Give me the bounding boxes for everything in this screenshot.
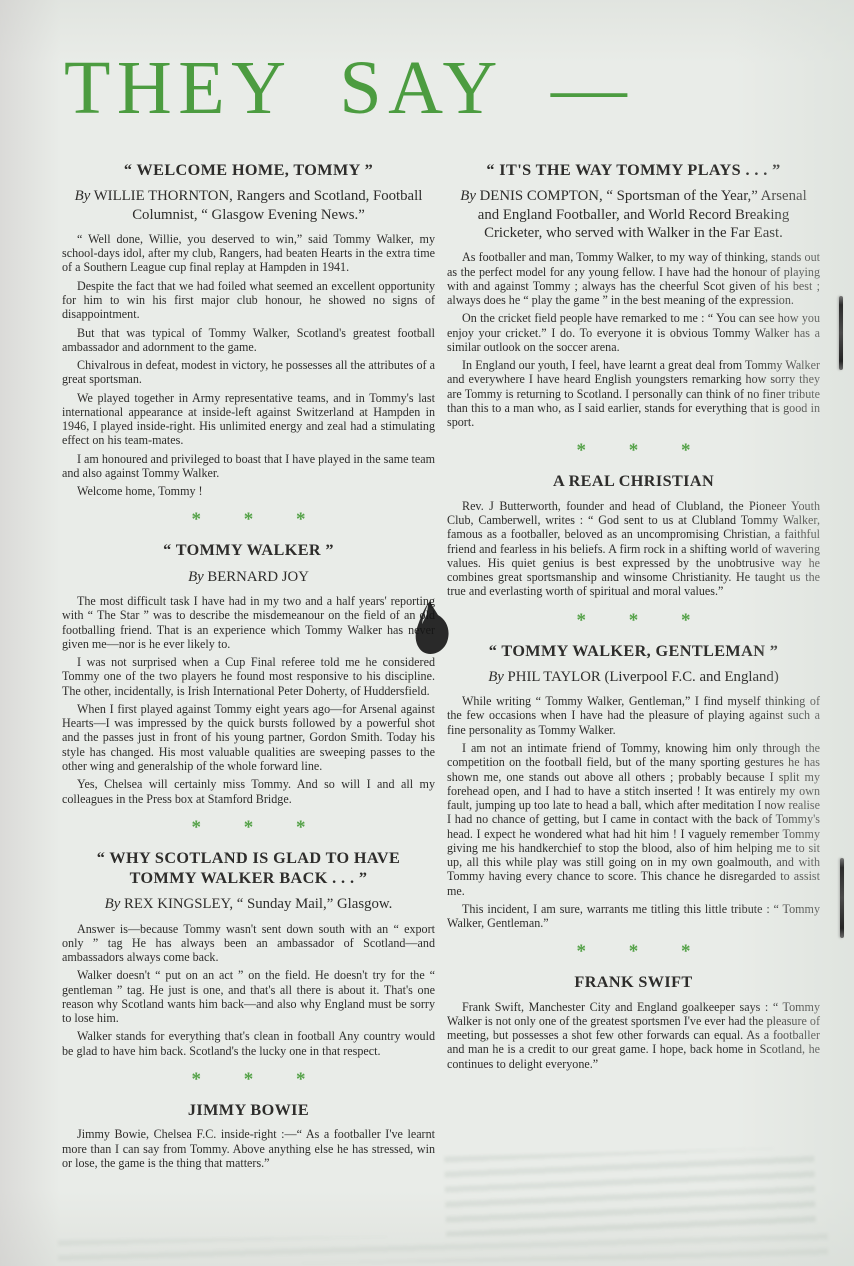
byline-text: REX KINGSLEY, “ Sunday Mail,” Glasgow. <box>124 896 392 912</box>
article-section: “ TOMMY WALKER ”By BERNARD JOYThe most d… <box>62 540 435 805</box>
byline-text: PHIL TAYLOR (Liverpool F.C. and England) <box>508 669 779 685</box>
paragraph: This incident, I am sure, warrants me ti… <box>447 902 820 931</box>
section-heading: “ WELCOME HOME, TOMMY ” <box>68 160 429 180</box>
byline-text: BERNARD JOY <box>207 569 309 585</box>
paragraph: While writing “ Tommy Walker, Gentleman,… <box>447 694 820 737</box>
section-byline: By BERNARD JOY <box>64 568 433 586</box>
paragraph: Answer is—because Tommy wasn't sent down… <box>62 922 435 965</box>
byline-by-label: By <box>460 188 476 204</box>
section-heading: “ IT'S THE WAY TOMMY PLAYS . . . ” <box>453 160 814 180</box>
page-show-through <box>58 1232 828 1266</box>
page-title: THEY SAY — <box>64 50 854 126</box>
article-section: JIMMY BOWIEJimmy Bowie, Chelsea F.C. ins… <box>62 1100 435 1170</box>
byline-text: DENIS COMPTON, “ Sportsman of the Year,”… <box>478 188 807 241</box>
section-byline: By WILLIE THORNTON, Rangers and Scotland… <box>64 187 433 224</box>
section-heading: “ TOMMY WALKER ” <box>68 540 429 560</box>
byline-by-label: By <box>488 669 504 685</box>
article-section: “ WELCOME HOME, TOMMY ”By WILLIE THORNTO… <box>62 160 435 498</box>
paragraph: On the cricket field people have remarke… <box>447 311 820 354</box>
paragraph: I was not surprised when a Cup Final ref… <box>62 655 435 698</box>
paragraph: Walker stands for everything that's clea… <box>62 1029 435 1058</box>
right-column: “ IT'S THE WAY TOMMY PLAYS . . . ”By DEN… <box>447 160 820 1170</box>
article-section: FRANK SWIFTFrank Swift, Manchester City … <box>447 972 820 1071</box>
article-section: “ IT'S THE WAY TOMMY PLAYS . . . ”By DEN… <box>447 160 820 429</box>
article-section: “ WHY SCOTLAND IS GLAD TO HAVE TOMMY WAL… <box>62 848 435 1058</box>
staple-top <box>839 296 843 370</box>
paragraph: Chivalrous in defeat, modest in victory,… <box>62 358 435 387</box>
paragraph: I am honoured and privileged to boast th… <box>62 452 435 481</box>
section-byline: By REX KINGSLEY, “ Sunday Mail,” Glasgow… <box>64 895 433 913</box>
paragraph: In England our youth, I feel, have learn… <box>447 358 820 429</box>
paragraph: Yes, Chelsea will certainly miss Tommy. … <box>62 777 435 806</box>
paragraph: When I first played against Tommy eight … <box>62 702 435 773</box>
byline-text: WILLIE THORNTON, Rangers and Scotland, F… <box>94 188 423 222</box>
left-column: “ WELCOME HOME, TOMMY ”By WILLIE THORNTO… <box>62 160 435 1170</box>
byline-by-label: By <box>188 569 204 585</box>
paragraph: We played together in Army representativ… <box>62 391 435 448</box>
paragraph: As footballer and man, Tommy Walker, to … <box>447 250 820 307</box>
paragraph: But that was typical of Tommy Walker, Sc… <box>62 326 435 355</box>
section-heading: A REAL CHRISTIAN <box>453 471 814 491</box>
section-heading: “ WHY SCOTLAND IS GLAD TO HAVE TOMMY WAL… <box>68 848 429 889</box>
article-section: “ TOMMY WALKER, GENTLEMAN ”By PHIL TAYLO… <box>447 641 820 931</box>
programme-page: THEY SAY — “ WELCOME HOME, TOMMY ”By WIL… <box>0 0 854 1266</box>
two-column-layout: “ WELCOME HOME, TOMMY ”By WILLIE THORNTO… <box>0 126 854 1170</box>
byline-by-label: By <box>75 188 91 204</box>
section-heading: JIMMY BOWIE <box>68 1100 429 1120</box>
paragraph: Frank Swift, Manchester City and England… <box>447 1000 820 1071</box>
separator-asterisks: * * * <box>62 509 435 531</box>
separator-asterisks: * * * <box>62 817 435 839</box>
staple-bottom <box>840 858 844 938</box>
section-heading: “ TOMMY WALKER, GENTLEMAN ” <box>453 641 814 661</box>
separator-asterisks: * * * <box>447 941 820 963</box>
paragraph: The most difficult task I have had in my… <box>62 594 435 651</box>
byline-by-label: By <box>105 896 121 912</box>
paragraph: Jimmy Bowie, Chelsea F.C. inside-right :… <box>62 1127 435 1170</box>
section-heading: FRANK SWIFT <box>453 972 814 992</box>
separator-asterisks: * * * <box>62 1069 435 1091</box>
paragraph: “ Well done, Willie, you deserved to win… <box>62 232 435 275</box>
separator-asterisks: * * * <box>447 610 820 632</box>
section-byline: By PHIL TAYLOR (Liverpool F.C. and Engla… <box>449 668 818 686</box>
paragraph: Despite the fact that we had foiled what… <box>62 279 435 322</box>
section-byline: By DENIS COMPTON, “ Sportsman of the Yea… <box>449 187 818 242</box>
paragraph: Welcome home, Tommy ! <box>62 484 435 498</box>
paragraph: Rev. J Butterworth, founder and head of … <box>447 499 820 599</box>
paragraph: Walker doesn't “ put on an act ” on the … <box>62 968 435 1025</box>
separator-asterisks: * * * <box>447 440 820 462</box>
article-section: A REAL CHRISTIANRev. J Butterworth, foun… <box>447 471 820 598</box>
paragraph: I am not an intimate friend of Tommy, kn… <box>447 741 820 898</box>
